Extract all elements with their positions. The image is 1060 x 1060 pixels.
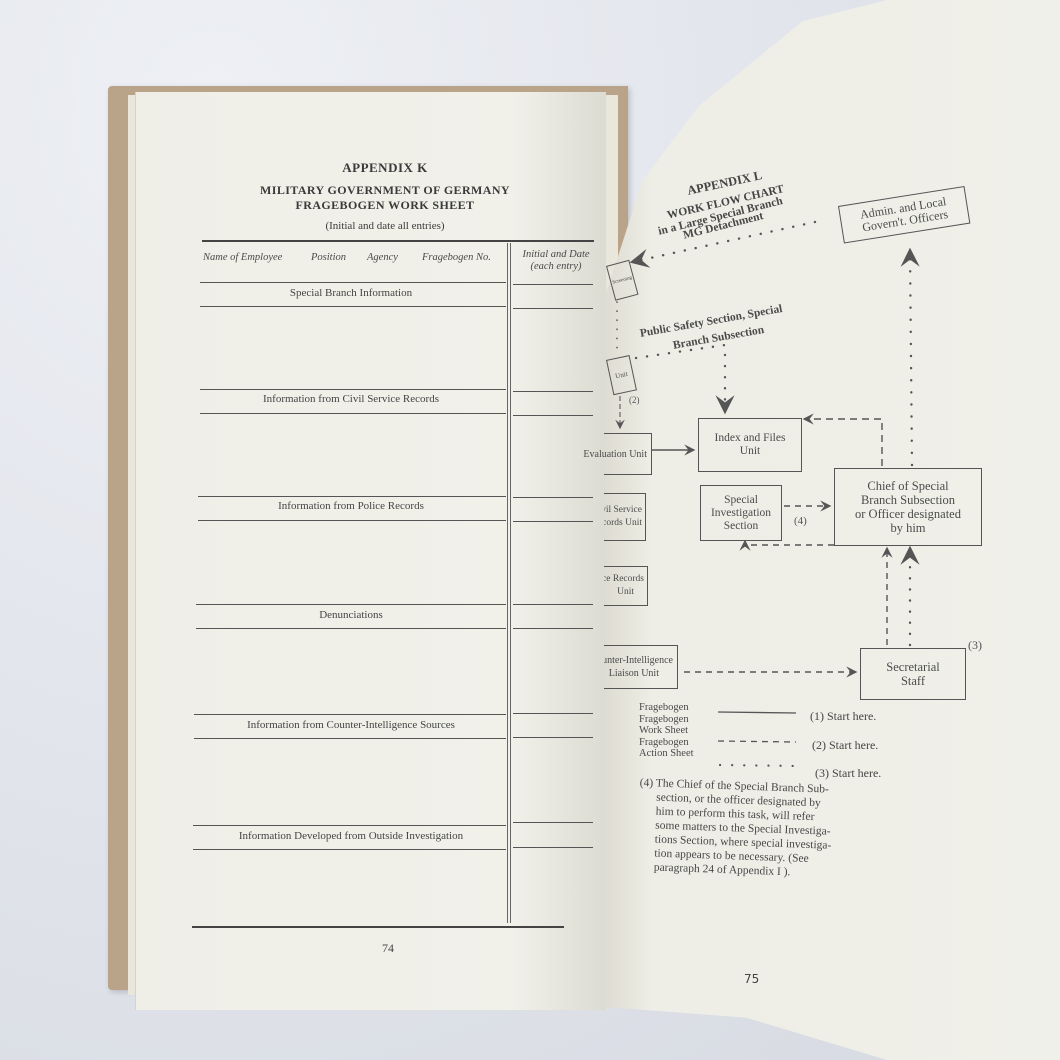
rule [200,306,506,307]
legend-start-1: (1) Start here. [810,709,876,724]
column-divider-1 [507,243,508,923]
box-sis-line2: Investigation [711,507,771,520]
rule [513,628,593,629]
worksheet-title-line1: MILITARY GOVERNMENT OF GERMANY [190,183,580,198]
rule [513,308,593,309]
legend-labels: Fragebogen Fragebogen Work Sheet Fragebo… [639,702,694,760]
box-police-records-unit: Police Records Unit [604,566,648,606]
rule [196,604,506,605]
marker-2: (2) [629,395,640,405]
box-reception-line2: Unit [614,367,629,382]
rule [513,415,593,416]
section-outside-investigation: Information Developed from Outside Inves… [196,830,506,842]
box-special-investigation-section: Special Investigation Section [700,485,782,541]
section-denunciations: Denunciations [196,609,506,621]
section-police-records: Information from Police Records [196,500,506,512]
box-civil-service-records-unit: Civil Service Records Unit [604,493,646,541]
rule [513,822,593,823]
box-index-line1: Index and Files [715,432,786,445]
footer-rule [192,926,564,928]
box-chief-special-branch: Chief of Special Branch Subsection or Of… [834,468,982,546]
rule [513,497,593,498]
right-page [605,0,1060,1060]
page-number-75: 75 [744,972,759,986]
box-civil-service-line2: Records Unit [604,517,642,530]
page-number-74: 74 [382,941,394,956]
legend-label-fragebogen: Fragebogen [639,702,694,714]
rule [196,628,506,629]
column-divider-2 [510,243,511,923]
rule [513,713,593,714]
header-top-rule [202,240,594,242]
box-screening-line1: Screening [611,271,634,289]
rule [513,391,593,392]
rule [513,604,593,605]
legend-start-3: (3) Start here. [815,766,881,781]
rule [200,413,506,414]
box-police-records-line2: Unit [617,586,634,599]
rule [198,520,506,521]
column-name-of-employee: Name of Employee [203,252,282,263]
box-secretarial-staff: Secretarial Staff [860,648,966,700]
box-chief-line3: or Officer designated [855,507,961,521]
column-initial-and-date: Initial and Date (each entry) [514,249,598,273]
rule [513,521,593,522]
column-fragebogen-no: Fragebogen No. [422,252,491,263]
column-initial-and-date-line1: Initial and Date [514,249,598,261]
box-civil-service-line1: Civil Service [604,504,642,517]
legend-label-action-sheet: Action Sheet [639,748,694,760]
column-agency: Agency [367,252,398,263]
rule [193,849,506,850]
footnote-4: (4) The Chief of the Special Branch Sub-… [637,776,834,881]
rule [193,825,506,826]
box-chief-line1: Chief of Special [867,479,948,493]
box-ci-line1: Counter-Intelligence [604,654,673,667]
box-police-records-line1: Police Records [604,573,644,586]
column-position: Position [311,252,346,263]
worksheet-title-line2: FRAGEBOGEN WORK SHEET [190,198,580,213]
legend-label-fragebogen-3: Fragebogen [639,737,694,749]
section-special-branch-information: Special Branch Information [196,287,506,299]
section-counter-intelligence-sources: Information from Counter-Intelligence So… [196,719,506,731]
box-ci-line2: Liaison Unit [609,667,659,680]
legend-label-fragebogen-2: Fragebogen [639,714,694,726]
box-counter-intelligence-liaison-unit: Counter-Intelligence Liaison Unit [604,645,678,689]
rule [200,389,506,390]
box-chief-line2: Branch Subsection [861,493,955,507]
appendix-k-heading: APPENDIX K [190,160,580,176]
box-evaluation-unit: Evaluation Unit [604,433,652,475]
box-index-and-files-unit: Index and Files Unit [698,418,802,472]
marker-3: (3) [968,638,982,653]
box-sis-line3: Section [724,520,759,533]
rule [200,282,506,283]
box-sis-line1: Special [724,494,758,507]
box-chief-line4: by him [890,521,925,535]
rule [513,284,593,285]
box-evaluation-line1: Evaluation Unit [583,448,647,461]
legend-label-work-sheet: Work Sheet [639,725,694,737]
rule [194,738,506,739]
rule [198,496,506,497]
marker-4: (4) [794,515,807,527]
rule [513,847,593,848]
section-civil-service-records: Information from Civil Service Records [196,393,506,405]
legend-start-2: (2) Start here. [812,738,878,753]
column-initial-and-date-line2: (each entry) [514,261,598,273]
worksheet-instruction: (Initial and date all entries) [190,220,580,232]
box-secretarial-line1: Secretarial [886,660,939,674]
box-index-line2: Unit [740,445,760,458]
rule [194,714,506,715]
box-secretarial-line2: Staff [901,674,925,688]
rule [513,737,593,738]
